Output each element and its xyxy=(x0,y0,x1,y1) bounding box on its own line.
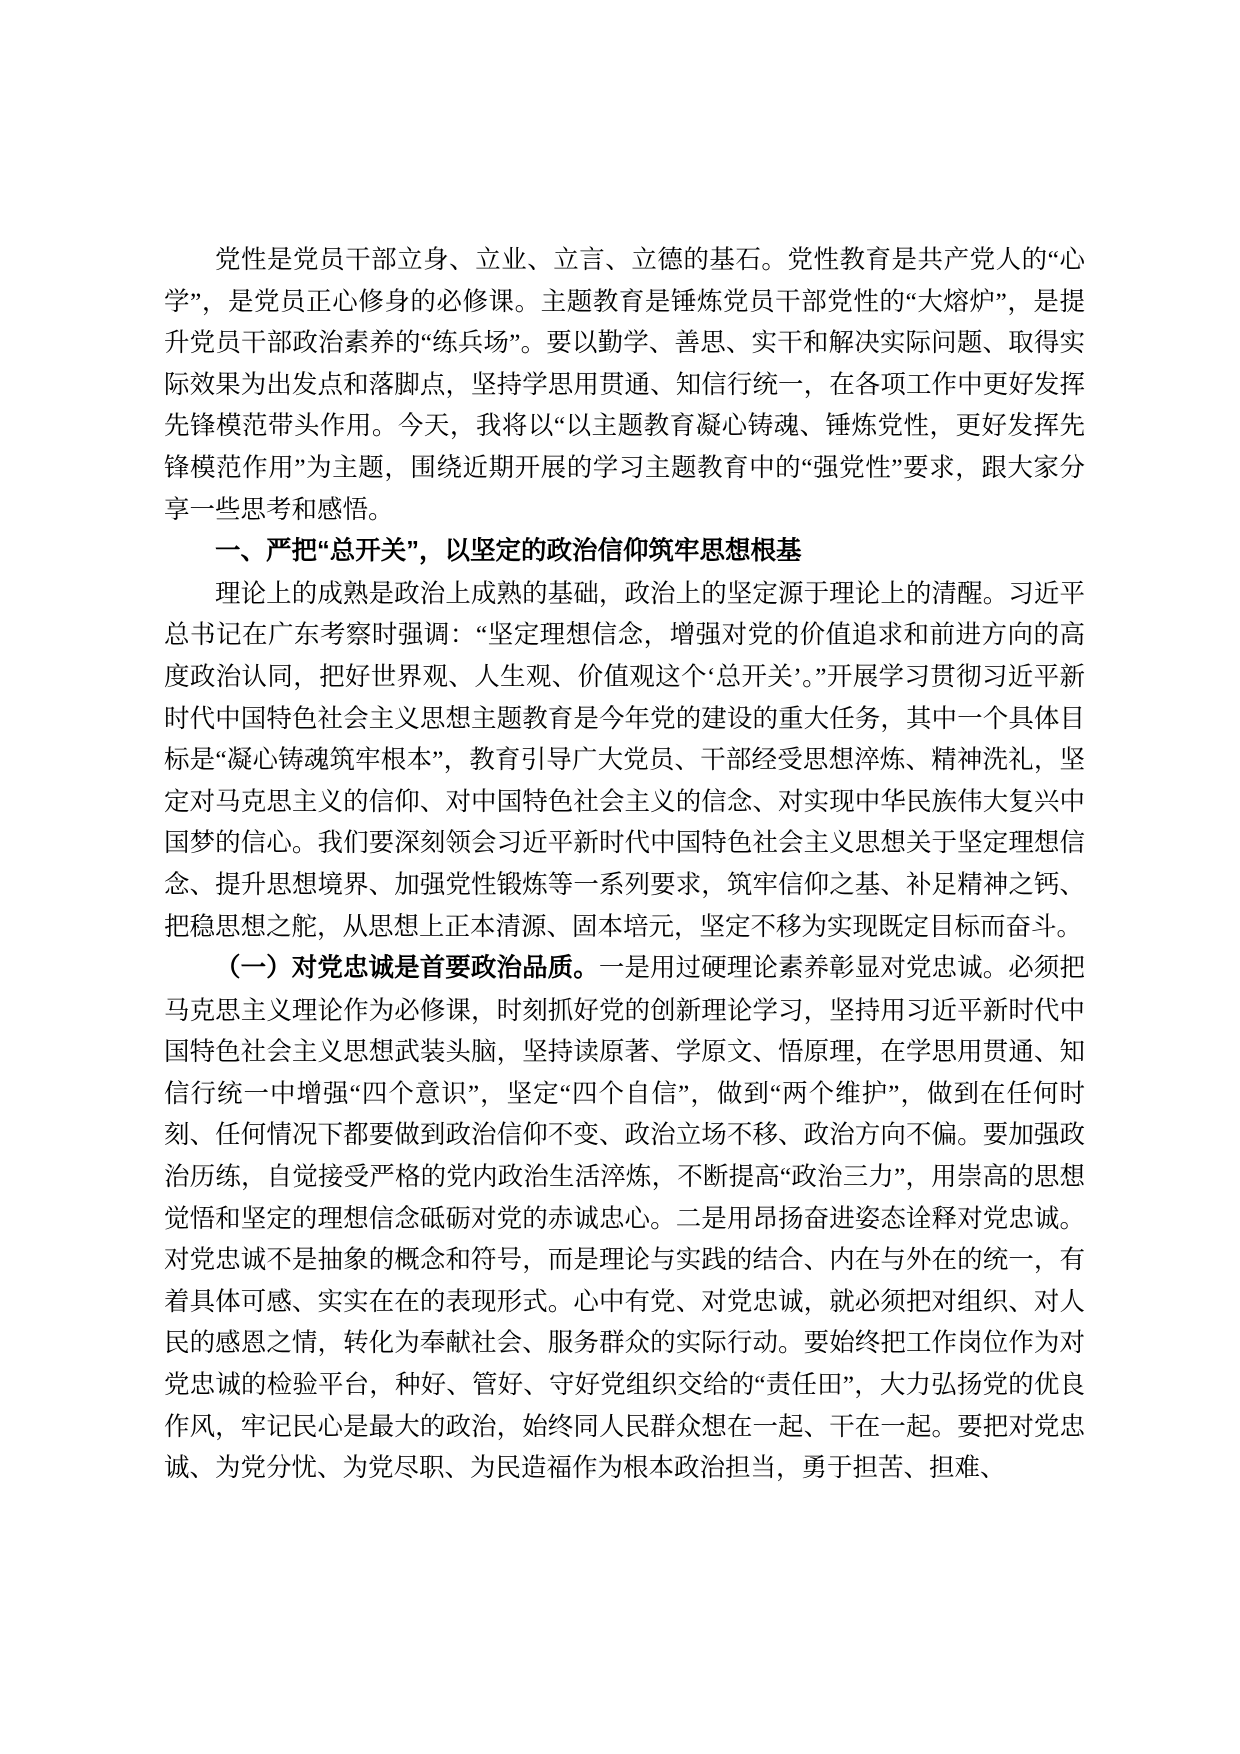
intro-paragraph: 党性是党员干部立身、立业、立言、立德的基石。党性教育是共产党人的“心学”，是党员… xyxy=(164,239,1085,530)
body-text-run: 理论上的成熟是政治上成熟的基础，政治上的坚定源于理论上的清醒。习近平总书记在广东… xyxy=(164,579,1085,941)
bold-text-run: 一、严把“总开关”，以坚定的政治信仰筑牢思想根基 xyxy=(215,537,802,565)
document-page: 党性是党员干部立身、立业、立言、立德的基石。党性教育是共产党人的“心学”，是党员… xyxy=(0,0,1240,1754)
document-text: 党性是党员干部立身、立业、立言、立德的基石。党性教育是共产党人的“心学”，是党员… xyxy=(164,239,1085,1489)
section-1-heading: 一、严把“总开关”，以坚定的政治信仰筑牢思想根基 xyxy=(164,530,1085,573)
bold-text-run: （一）对党忠诚是首要政治品质。 xyxy=(215,954,599,982)
subsection-1-1-paragraph: （一）对党忠诚是首要政治品质。一是用过硬理论素养彰显对党忠诚。必须把马克思主义理… xyxy=(164,947,1085,1489)
body-text-run: 一是用过硬理论素养彰显对党忠诚。必须把马克思主义理论作为必修课，时刻抓好党的创新… xyxy=(164,953,1085,1482)
body-text-run: 党性是党员干部立身、立业、立言、立德的基石。党性教育是共产党人的“心学”，是党员… xyxy=(164,245,1085,524)
section-1-paragraph: 理论上的成熟是政治上成熟的基础，政治上的坚定源于理论上的清醒。习近平总书记在广东… xyxy=(164,573,1085,947)
